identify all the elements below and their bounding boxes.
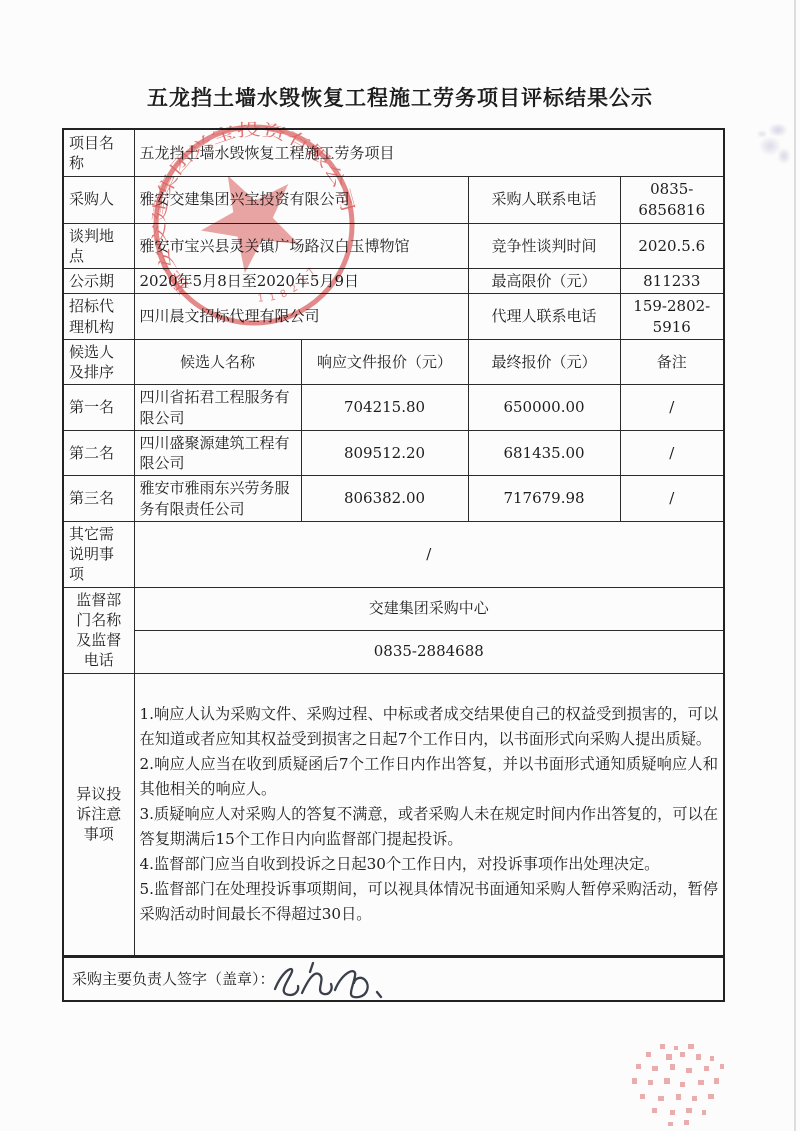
table-row: 采购人 雅安交建集团兴宝投资有限公司 采购人联系电话 0835-6856816 bbox=[63, 176, 724, 223]
response-price-header: 响应文件报价（元） bbox=[301, 339, 468, 385]
table-row: 谈判地点 雅安市宝兴县灵关镇广场路汉白玉博物馆 竞争性谈判时间 2020.5.6 bbox=[63, 223, 724, 269]
purchaser-value: 雅安交建集团兴宝投资有限公司 bbox=[134, 176, 468, 223]
announcement-table: 项目名称 五龙挡土墙水毁恢复工程施工劳务项目 采购人 雅安交建集团兴宝投资有限公… bbox=[62, 128, 725, 1002]
negotiation-place-value: 雅安市宝兴县灵关镇广场路汉白玉博物馆 bbox=[134, 223, 468, 269]
objection-label: 异议投诉注意事项 bbox=[63, 673, 134, 956]
ink-smudge bbox=[752, 112, 798, 176]
signature-label: 采购主要负责人签字（盖章）： bbox=[72, 969, 275, 989]
table-row: 项目名称 五龙挡土墙水毁恢复工程施工劳务项目 bbox=[63, 129, 724, 176]
final-price-cell: 681435.00 bbox=[468, 430, 620, 476]
candidate-header-row: 候选人及排序 候选人名称 响应文件报价（元） 最终报价（元） 备注 bbox=[63, 339, 724, 385]
handwritten-signature bbox=[269, 959, 399, 1002]
final-price-cell: 717679.98 bbox=[468, 476, 620, 522]
rank-cell: 第二名 bbox=[63, 430, 134, 476]
table-row: 公示期 2020年5月8日至2020年5月9日 最高限价（元） 811233 bbox=[63, 269, 724, 294]
objection-item: 3.质疑响应人对采购人的答复不满意，或者采购人未在规定时间内作出答复的，可以在答… bbox=[140, 802, 719, 852]
page-title: 五龙挡土墙水毁恢复工程施工劳务项目评标结果公示 bbox=[0, 82, 800, 112]
negotiation-time-label: 竞争性谈判时间 bbox=[468, 223, 620, 269]
project-name-label: 项目名称 bbox=[63, 129, 134, 176]
supervision-phone-row: 0835-2884688 bbox=[63, 630, 724, 673]
agency-phone-label: 代理人联系电话 bbox=[468, 294, 620, 340]
remark-cell: / bbox=[620, 385, 724, 431]
supervision-name: 交建集团采购中心 bbox=[134, 587, 724, 630]
purchaser-phone-label: 采购人联系电话 bbox=[468, 176, 620, 223]
other-note-label: 其它需说明事项 bbox=[63, 521, 134, 587]
candidate-row-3: 第三名 雅安市雅雨东兴劳务服务有限责任公司 806382.00 717679.9… bbox=[63, 476, 724, 522]
purchaser-label: 采购人 bbox=[63, 176, 134, 223]
objection-row: 异议投诉注意事项 1.响应人认为采购文件、采购过程、中标或者成交结果使自己的权益… bbox=[63, 673, 724, 956]
negotiation-time-value: 2020.5.6 bbox=[620, 223, 724, 269]
supervision-phone: 0835-2884688 bbox=[134, 630, 724, 673]
other-note-row: 其它需说明事项 / bbox=[63, 521, 724, 587]
publicity-period-label: 公示期 bbox=[63, 269, 134, 294]
purchaser-phone-value: 0835-6856816 bbox=[620, 176, 724, 223]
candidate-name-cell: 雅安市雅雨东兴劳务服务有限责任公司 bbox=[134, 476, 301, 522]
remark-cell: / bbox=[620, 430, 724, 476]
candidate-row-1: 第一名 四川省拓君工程服务有限公司 704215.80 650000.00 / bbox=[63, 385, 724, 431]
response-price-cell: 809512.20 bbox=[301, 430, 468, 476]
max-price-value: 811233 bbox=[620, 269, 724, 294]
agency-phone-value: 159-2802-5916 bbox=[620, 294, 724, 340]
candidate-rank-header: 候选人及排序 bbox=[63, 339, 134, 385]
rank-cell: 第一名 bbox=[63, 385, 134, 431]
stamp-fragment bbox=[622, 1042, 742, 1131]
candidate-row-2: 第二名 四川盛聚源建筑工程有限公司 809512.20 681435.00 / bbox=[63, 430, 724, 476]
objection-content: 1.响应人认为采购文件、采购过程、中标或者成交结果使自己的权益受到损害的，可以在… bbox=[134, 673, 724, 956]
response-price-cell: 806382.00 bbox=[301, 476, 468, 522]
objection-item: 1.响应人认为采购文件、采购过程、中标或者成交结果使自己的权益受到损害的，可以在… bbox=[140, 702, 719, 752]
supervision-label: 监督部门名称及监督电话 bbox=[63, 587, 134, 673]
rank-cell: 第三名 bbox=[63, 476, 134, 522]
response-price-cell: 704215.80 bbox=[301, 385, 468, 431]
project-name-value: 五龙挡土墙水毁恢复工程施工劳务项目 bbox=[134, 129, 724, 176]
publicity-period-value: 2020年5月8日至2020年5月9日 bbox=[134, 269, 468, 294]
agency-value: 四川晨文招标代理有限公司 bbox=[134, 294, 468, 340]
supervision-row: 监督部门名称及监督电话 交建集团采购中心 bbox=[63, 587, 724, 630]
candidate-name-cell: 四川盛聚源建筑工程有限公司 bbox=[134, 430, 301, 476]
signature-cell: 采购主要负责人签字（盖章）： bbox=[63, 956, 724, 1001]
objection-item: 5.监督部门在处理投诉事项期间，可以视具体情况书面通知采购人暂停采购活动，暂停采… bbox=[140, 877, 719, 927]
agency-label: 招标代理机构 bbox=[63, 294, 134, 340]
table-row: 招标代理机构 四川晨文招标代理有限公司 代理人联系电话 159-2802-591… bbox=[63, 294, 724, 340]
candidate-name-cell: 四川省拓君工程服务有限公司 bbox=[134, 385, 301, 431]
objection-item: 4.监督部门应当自收到投诉之日起30个工作日内，对投诉事项作出处理决定。 bbox=[140, 852, 719, 877]
negotiation-place-label: 谈判地点 bbox=[63, 223, 134, 269]
objection-item: 2.响应人应当在收到质疑函后7个工作日内作出答复，并以书面形式通知质疑响应人和其… bbox=[140, 752, 719, 802]
max-price-label: 最高限价（元） bbox=[468, 269, 620, 294]
remark-cell: / bbox=[620, 476, 724, 522]
final-price-header: 最终报价（元） bbox=[468, 339, 620, 385]
final-price-cell: 650000.00 bbox=[468, 385, 620, 431]
document-page: 五龙挡土墙水毁恢复工程施工劳务项目评标结果公示 项目名称 五龙挡土墙水毁恢复工程… bbox=[0, 0, 800, 1131]
remark-header: 备注 bbox=[620, 339, 724, 385]
candidate-name-header: 候选人名称 bbox=[134, 339, 301, 385]
signature-row: 采购主要负责人签字（盖章）： bbox=[63, 956, 724, 1001]
other-note-value: / bbox=[134, 521, 724, 587]
